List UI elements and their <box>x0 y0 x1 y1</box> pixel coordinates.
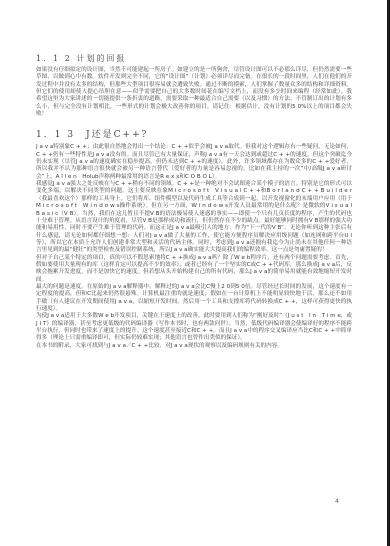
paragraph: 如果没有仔细拟定的设计图，当然不可能建起一所房子。如建立的是一所狗舍，尽管设计图… <box>36 67 352 118</box>
paragraph: J a v a特别象C + +；由此很自然地会得出一个结论：C + +似乎会被J… <box>36 144 352 181</box>
page-content: 1．1 2 计划的回报 如果没有仔细拟定的设计图，当然不可能建起一所房子。如建立… <box>36 53 352 350</box>
paragraph: 但对于自己某个特定的项目，真的可以不假思索地将C + +换成J a v a吗？除… <box>36 255 352 284</box>
paragraph: 为使J a v a适用于大多数W e b开发项目，关键在于速度上的改善。此时要用… <box>36 313 352 342</box>
paragraph: 在本书的附录，大家可找到与J a v a／C + +比较．对J a v a现状的… <box>36 343 352 350</box>
document-page: 1．1 2 计划的回报 如果没有仔细拟定的设计图，当然不可能建起一所房子。如建立… <box>0 0 387 546</box>
section-heading-1-1-3: 1．1 3 J还是C++? <box>36 130 352 141</box>
paragraph: 最大的问题是速度。在原始的J a v a解释器中，解释过的J a v a会比C慢… <box>36 284 352 313</box>
page-number: 4 <box>335 498 339 505</box>
section-heading-1-1-2: 1．1 2 计划的回报 <box>36 53 352 64</box>
paragraph: 我感觉J a v a强大之处反映在与C + +稍有不同的领域。C + +是一种绝… <box>36 181 352 254</box>
